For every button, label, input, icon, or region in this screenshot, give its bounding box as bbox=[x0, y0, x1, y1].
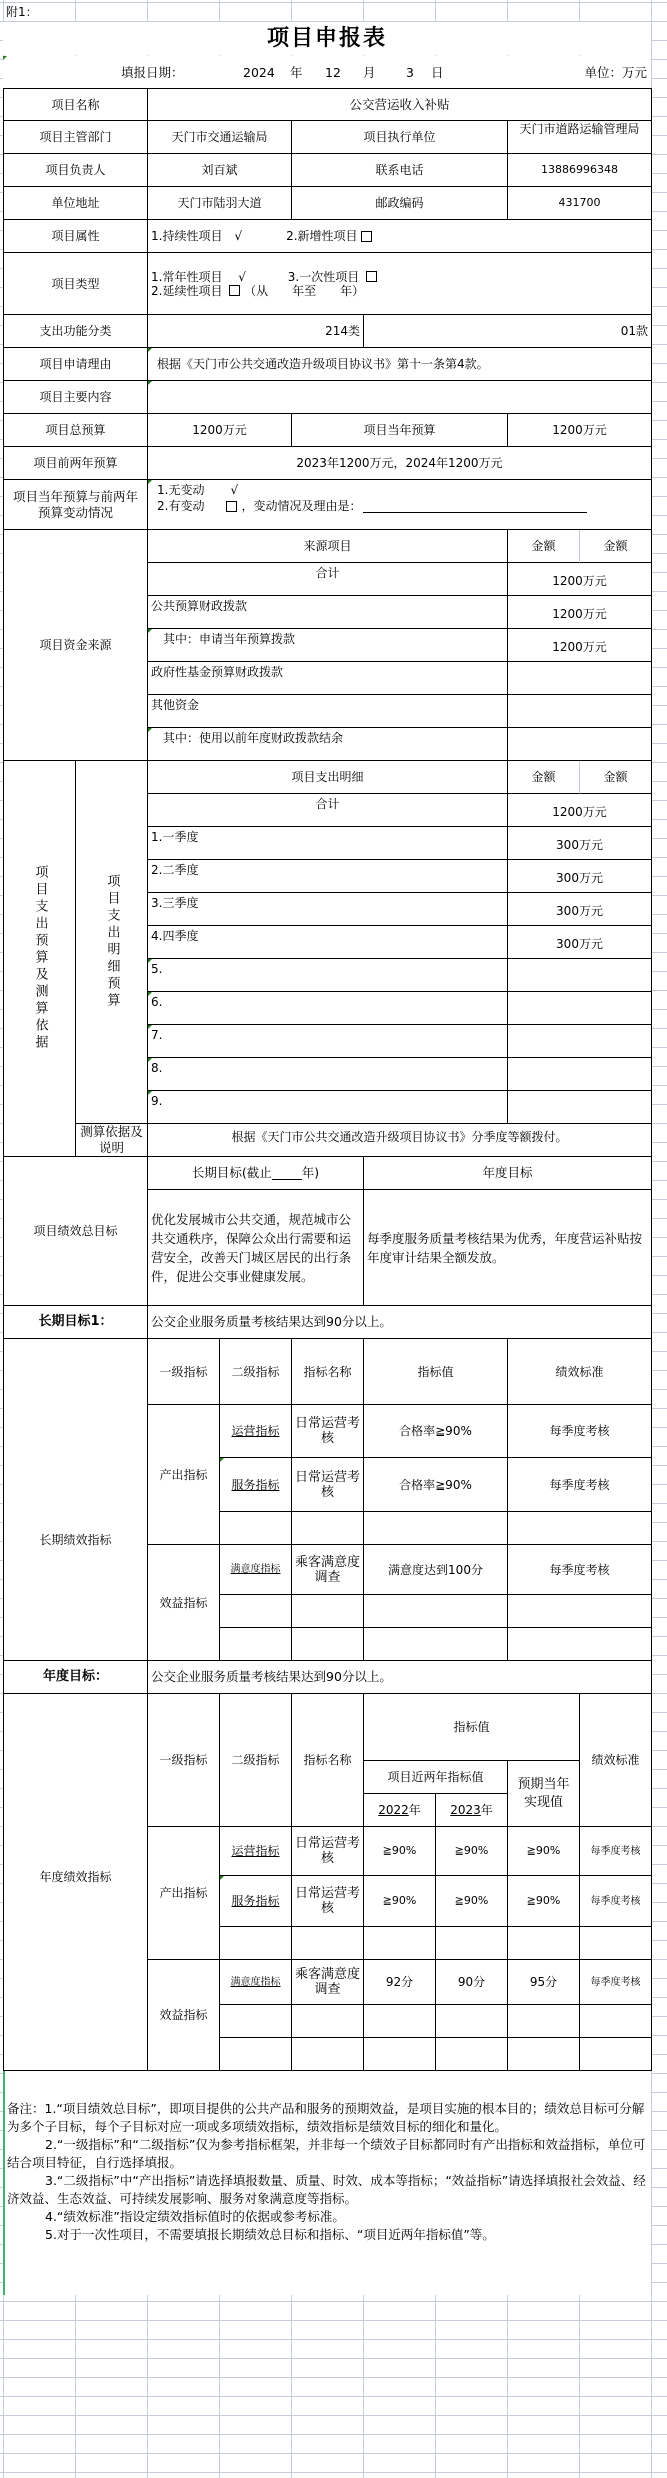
indicator-name[interactable] bbox=[292, 2005, 364, 2038]
header-value: 指标值 bbox=[364, 1339, 508, 1405]
funding-header-amount: 金额 bbox=[580, 530, 652, 563]
postcode-label: 邮政编码 bbox=[292, 187, 508, 220]
indicator-level2[interactable]: 服务指标 bbox=[220, 1458, 292, 1512]
page-title: 项目申报表 bbox=[3, 22, 651, 55]
expenditure-row-label: 合计 bbox=[148, 794, 508, 827]
checkbox-empty-icon[interactable] bbox=[366, 271, 377, 282]
basis-value[interactable]: 根据《天门市公共交通改造升级项目协议书》分季度等额拨付。 bbox=[148, 1124, 652, 1157]
year-budget-label: 项目当年预算 bbox=[292, 414, 508, 447]
dept-value[interactable]: 天门市交通运输局 bbox=[148, 121, 292, 154]
indicator-level2[interactable] bbox=[220, 1628, 292, 1661]
funding-row-label: 政府性基金预算财政拨款 bbox=[148, 662, 508, 695]
indicator-value-2022[interactable] bbox=[364, 1927, 436, 1960]
content-label: 项目主要内容 bbox=[3, 381, 148, 414]
change-label: 项目当年预算与前两年预算变动情况 bbox=[3, 480, 148, 530]
indicator-standard[interactable]: 每季度考核 bbox=[580, 1876, 652, 1927]
check-mark-icon: √ bbox=[230, 483, 238, 497]
funding-row-amount[interactable] bbox=[508, 728, 652, 761]
checkbox-empty-icon[interactable] bbox=[226, 501, 237, 512]
expenditure-row-label: 3.三季度 bbox=[148, 893, 508, 926]
attachment-label: 附1： bbox=[3, 2, 75, 21]
month-unit: 月 bbox=[363, 66, 376, 80]
total-budget-value[interactable]: 1200万元 bbox=[148, 414, 292, 447]
reason-value[interactable]: 根据《天门市公共交通改造升级项目协议书》第十一条第4款。 bbox=[148, 348, 652, 381]
expenditure-row-label: 9. bbox=[148, 1091, 508, 1124]
funding-row-label: 公共预算财政拨款 bbox=[148, 596, 508, 629]
unit-label: 单位：万元 bbox=[584, 66, 647, 80]
prev-budget-value[interactable]: 2023年1200万元，2024年1200万元 bbox=[148, 447, 652, 480]
change-option-changed[interactable]: 2.有变动 bbox=[157, 498, 204, 514]
check-mark-icon: √ bbox=[234, 229, 242, 243]
indicator-standard[interactable] bbox=[580, 2038, 652, 2071]
expenditure-row-amount[interactable]: 300万元 bbox=[508, 860, 652, 893]
expenditure-row-label: 6. bbox=[148, 992, 508, 1025]
func-class-label: 支出功能分类 bbox=[3, 315, 148, 348]
performance-goal-label: 项目绩效总目标 bbox=[3, 1157, 148, 1306]
indicator-value-2022[interactable]: ≧90% bbox=[364, 1876, 436, 1927]
indicator-name[interactable]: 乘客满意度调查 bbox=[292, 1545, 364, 1595]
content-value[interactable] bbox=[148, 381, 652, 414]
indicator-expected[interactable] bbox=[508, 2005, 580, 2038]
indicator-value-2022[interactable] bbox=[364, 2038, 436, 2071]
dept-label: 项目主管部门 bbox=[3, 121, 148, 154]
indicator-name[interactable]: 日常运营考核 bbox=[292, 1405, 364, 1458]
note-1: 备注：1.“项目绩效总目标”，即项目提供的公共产品和服务的预期效益，是项目实施的… bbox=[7, 2100, 648, 2136]
indicator-expected[interactable]: 95分 bbox=[508, 1960, 580, 2005]
indicator-level2[interactable] bbox=[220, 1512, 292, 1545]
indicator-level2[interactable] bbox=[220, 1927, 292, 1960]
funding-row-label: 合计 bbox=[148, 563, 508, 596]
header-level2: 二级指标 bbox=[220, 1339, 292, 1405]
indicator-standard[interactable]: 每季度考核 bbox=[580, 1960, 652, 2005]
expenditure-row-label: 4.四季度 bbox=[148, 926, 508, 959]
indicator-level2[interactable]: 运营指标 bbox=[220, 1827, 292, 1876]
change-reason-input[interactable] bbox=[363, 500, 587, 513]
indicator-level2[interactable]: 满意度指标 bbox=[220, 1960, 292, 2005]
indicator-standard[interactable]: 每季度考核 bbox=[508, 1545, 652, 1595]
header-value: 指标值 bbox=[364, 1694, 580, 1761]
header-name: 指标名称 bbox=[292, 1694, 364, 1827]
date-row: 填报日期： 2024 年 12 月 3 日 单位：万元 bbox=[3, 56, 651, 88]
expenditure-row-label: 8. bbox=[148, 1058, 508, 1091]
indicator-value-2023[interactable]: ≧90% bbox=[436, 1827, 508, 1876]
indicator-name[interactable]: 日常运营考核 bbox=[292, 1876, 364, 1927]
project-name-value[interactable]: 公交营运收入补贴 bbox=[148, 88, 652, 121]
long-term-year-input[interactable] bbox=[272, 1167, 302, 1180]
indicator-value[interactable] bbox=[364, 1512, 508, 1545]
phone-value[interactable]: 13886996348 bbox=[508, 154, 652, 187]
expenditure-header-amount: 金额 bbox=[580, 761, 652, 794]
expenditure-row-label: 2.二季度 bbox=[148, 860, 508, 893]
expenditure-row-amount[interactable] bbox=[508, 1058, 652, 1091]
indicator-value-2022[interactable] bbox=[364, 2005, 436, 2038]
indicator-expected[interactable] bbox=[508, 1927, 580, 1960]
indicator-standard[interactable] bbox=[508, 1512, 652, 1545]
prev-budget-label: 项目前两年预算 bbox=[3, 447, 148, 480]
funding-row-label: 其他资金 bbox=[148, 695, 508, 728]
indicator-standard[interactable]: 每季度考核 bbox=[508, 1405, 652, 1458]
type-year-range: （从 年至 年） bbox=[244, 284, 364, 298]
exec-unit-label: 项目执行单位 bbox=[292, 121, 508, 154]
long-term-header: 长期目标(截止年) bbox=[148, 1157, 364, 1190]
indicator-expected[interactable]: ≧90% bbox=[508, 1876, 580, 1927]
annual-goal-text[interactable]: 每季度服务质量考核结果为优秀，年度营运补贴按年度审计结果全额发放。 bbox=[364, 1190, 652, 1306]
header-level1: 一级指标 bbox=[148, 1339, 220, 1405]
header-standard: 绩效标准 bbox=[580, 1694, 652, 1827]
header-expected: 预期当年实现值 bbox=[508, 1761, 580, 1827]
indicator-standard[interactable]: 每季度考核 bbox=[580, 1827, 652, 1876]
func-class-category[interactable]: 214类 bbox=[148, 315, 364, 348]
indicator-level2[interactable] bbox=[220, 2005, 292, 2038]
indicator-level2[interactable]: 运营指标 bbox=[220, 1405, 292, 1458]
note-3: 3.“二级指标”中“产出指标”请选择填报数量、质量、时效、成本等指标；“效益指标… bbox=[7, 2172, 648, 2208]
attribute-option-continuing[interactable]: 1.持续性项目 bbox=[151, 229, 222, 243]
indicator-level2[interactable]: 满意度指标 bbox=[220, 1545, 292, 1595]
total-budget-label: 项目总预算 bbox=[3, 414, 148, 447]
postcode-value[interactable]: 431700 bbox=[508, 187, 652, 220]
expenditure-row-amount[interactable] bbox=[508, 1025, 652, 1058]
address-label: 单位地址 bbox=[3, 187, 148, 220]
indicator-value-2023[interactable]: 90分 bbox=[436, 1960, 508, 2005]
indicator-value-2022[interactable]: 92分 bbox=[364, 1960, 436, 2005]
year-unit: 年 bbox=[290, 66, 303, 80]
indicator-standard[interactable] bbox=[508, 1628, 652, 1661]
expenditure-row-amount[interactable]: 1200万元 bbox=[508, 794, 652, 827]
funding-row-amount[interactable] bbox=[508, 662, 652, 695]
type-option-extended[interactable]: 2.延续性项目 bbox=[151, 284, 222, 298]
attribute-options[interactable]: 1.持续性项目 √ 2.新增性项目 bbox=[148, 220, 652, 253]
indicator-value-2023[interactable] bbox=[436, 2038, 508, 2071]
indicator-value-2023[interactable] bbox=[436, 2005, 508, 2038]
header-level1: 一级指标 bbox=[148, 1694, 220, 1827]
address-value[interactable]: 天门市陆羽大道 bbox=[148, 187, 292, 220]
expenditure-row-amount[interactable] bbox=[508, 959, 652, 992]
indicator-level2[interactable] bbox=[220, 2038, 292, 2071]
indicator-name[interactable] bbox=[292, 1595, 364, 1628]
indicator-level2[interactable] bbox=[220, 1595, 292, 1628]
notes-block[interactable]: 备注：1.“项目绩效总目标”，即项目提供的公共产品和服务的预期效益，是项目实施的… bbox=[3, 2071, 651, 2295]
indicator-name[interactable] bbox=[292, 1927, 364, 1960]
phone-label: 联系电话 bbox=[292, 154, 508, 187]
type-options[interactable]: 1.常年性项目 √ 3.一次性项目 2.延续性项目 （从 年至 年） bbox=[148, 253, 652, 315]
indicator-name[interactable]: 日常运营考核 bbox=[292, 1458, 364, 1512]
long-term-indicators-label: 长期绩效指标 bbox=[3, 1339, 148, 1661]
indicator-name[interactable]: 乘客满意度调查 bbox=[292, 1960, 364, 2005]
indicator-value[interactable] bbox=[364, 1628, 508, 1661]
checkbox-empty-icon[interactable] bbox=[361, 231, 372, 242]
annual-goal-label: 年度目标： bbox=[3, 1661, 148, 1694]
funding-row-amount[interactable]: 1200万元 bbox=[508, 596, 652, 629]
reason-label: 项目申请理由 bbox=[3, 348, 148, 381]
note-5: 5.对于一次性项目，不需要填报长期绩效总目标和指标、“项目近两年指标值”等。 bbox=[7, 2226, 648, 2244]
indicator-expected[interactable] bbox=[508, 2038, 580, 2071]
indicator-name[interactable] bbox=[292, 1628, 364, 1661]
funding-header-amount: 金额 bbox=[508, 530, 580, 563]
expenditure-header-amount: 金额 bbox=[508, 761, 580, 794]
expenditure-row-amount[interactable]: 300万元 bbox=[508, 893, 652, 926]
funding-row-amount[interactable]: 1200万元 bbox=[508, 563, 652, 596]
benefit-indicator-label: 效益指标 bbox=[148, 1960, 220, 2071]
expenditure-row-amount[interactable]: 300万元 bbox=[508, 926, 652, 959]
expenditure-row-label: 5. bbox=[148, 959, 508, 992]
date-month[interactable]: 12 bbox=[325, 66, 341, 80]
header-year-2022: 2022年 bbox=[364, 1794, 436, 1827]
indicator-level2[interactable]: 服务指标 bbox=[220, 1876, 292, 1927]
expenditure-row-amount[interactable] bbox=[508, 992, 652, 1025]
indicator-name[interactable] bbox=[292, 2038, 364, 2071]
long-term-goal-1-text[interactable]: 公交企业服务质量考核结果达到90分以上。 bbox=[148, 1306, 652, 1339]
indicator-value[interactable]: 合格率≧90% bbox=[364, 1405, 508, 1458]
func-class-item[interactable]: 01款 bbox=[364, 315, 652, 348]
note-4: 4.“绩效标准”指设定绩效指标值时的依据或参考标准。 bbox=[7, 2208, 648, 2226]
indicator-value-2022[interactable]: ≧90% bbox=[364, 1827, 436, 1876]
indicator-value-2023[interactable] bbox=[436, 1927, 508, 1960]
indicator-value-2023[interactable]: ≧90% bbox=[436, 1876, 508, 1927]
funding-row-amount[interactable]: 1200万元 bbox=[508, 629, 652, 662]
header-name: 指标名称 bbox=[292, 1339, 364, 1405]
exec-unit-value[interactable]: 天门市道路运输管理局 bbox=[508, 121, 652, 154]
leader-label: 项目负责人 bbox=[3, 154, 148, 187]
benefit-indicator-label: 效益指标 bbox=[148, 1545, 220, 1661]
day-unit: 日 bbox=[431, 66, 444, 80]
output-indicator-label: 产出指标 bbox=[148, 1827, 220, 1960]
date-year[interactable]: 2024 bbox=[243, 66, 275, 80]
indicator-value[interactable] bbox=[364, 1595, 508, 1628]
long-term-goal-text[interactable]: 优化发展城市公共交通，规范城市公共交通秩序，保障公众出行需要和运营安全，改善天门… bbox=[148, 1190, 364, 1306]
leader-value[interactable]: 刘百斌 bbox=[148, 154, 292, 187]
attribute-option-new[interactable]: 2.新增性项目 bbox=[286, 229, 357, 243]
type-option-onetime[interactable]: 3.一次性项目 bbox=[288, 270, 359, 284]
change-reason-label: ，变动情况及理由是： bbox=[241, 498, 361, 514]
funding-row-amount[interactable] bbox=[508, 695, 652, 728]
header-level2: 二级指标 bbox=[220, 1694, 292, 1827]
indicator-standard[interactable] bbox=[580, 2005, 652, 2038]
funding-header-source: 来源项目 bbox=[148, 530, 508, 563]
long-term-goal-1-label: 长期目标1： bbox=[3, 1306, 148, 1339]
funding-row-label: 其中：申请当年预算拨款 bbox=[148, 629, 508, 662]
indicator-standard[interactable] bbox=[580, 1927, 652, 1960]
note-2: 2.“一级指标”和“二级指标”仅为参考指标框架，并非每一个绩效子目标都同时有产出… bbox=[7, 2136, 648, 2172]
indicator-name[interactable] bbox=[292, 1512, 364, 1545]
checkbox-empty-icon[interactable] bbox=[229, 285, 240, 296]
output-indicator-label: 产出指标 bbox=[148, 1405, 220, 1545]
year-budget-value[interactable]: 1200万元 bbox=[508, 414, 652, 447]
expenditure-outer-label: 项目支出预算及测算依据 bbox=[3, 761, 76, 1157]
type-label: 项目类型 bbox=[3, 253, 148, 315]
annual-header: 年度目标 bbox=[364, 1157, 652, 1190]
basis-label: 测算依据及说明 bbox=[76, 1124, 148, 1157]
indicator-standard[interactable] bbox=[508, 1595, 652, 1628]
expenditure-inner-label: 项目支出明细预算 bbox=[76, 761, 148, 1124]
indicator-value[interactable]: 满意度达到100分 bbox=[364, 1545, 508, 1595]
indicator-expected[interactable]: ≧90% bbox=[508, 1827, 580, 1876]
annual-indicators-label: 年度绩效指标 bbox=[3, 1694, 148, 2071]
header-year-2023: 2023年 bbox=[436, 1794, 508, 1827]
indicator-name[interactable]: 日常运营考核 bbox=[292, 1827, 364, 1876]
type-option-annual[interactable]: 1.常年性项目 bbox=[151, 270, 222, 284]
expenditure-header-detail: 项目支出明细 bbox=[148, 761, 508, 794]
header-standard: 绩效标准 bbox=[508, 1339, 652, 1405]
expenditure-row-amount[interactable] bbox=[508, 1091, 652, 1124]
date-label: 填报日期： bbox=[121, 66, 184, 80]
attribute-label: 项目属性 bbox=[3, 220, 148, 253]
check-mark-icon: √ bbox=[238, 270, 246, 284]
funding-row-label: 其中：使用以前年度财政拨款结余 bbox=[148, 728, 508, 761]
indicator-standard[interactable]: 每季度考核 bbox=[508, 1458, 652, 1512]
annual-goal-text[interactable]: 公交企业服务质量考核结果达到90分以上。 bbox=[148, 1661, 652, 1694]
project-name-label: 项目名称 bbox=[3, 88, 148, 121]
change-options[interactable]: 1.无变动√ 2.有变动 ，变动情况及理由是： bbox=[148, 480, 652, 530]
date-day[interactable]: 3 bbox=[406, 66, 414, 80]
funding-section-label: 项目资金来源 bbox=[3, 530, 148, 761]
header-recent: 项目近两年指标值 bbox=[364, 1761, 508, 1794]
expenditure-row-label: 7. bbox=[148, 1025, 508, 1058]
indicator-value[interactable]: 合格率≧90% bbox=[364, 1458, 508, 1512]
expenditure-row-amount[interactable]: 300万元 bbox=[508, 827, 652, 860]
change-option-none[interactable]: 1.无变动 bbox=[157, 483, 204, 497]
expenditure-row-label: 1.一季度 bbox=[148, 827, 508, 860]
